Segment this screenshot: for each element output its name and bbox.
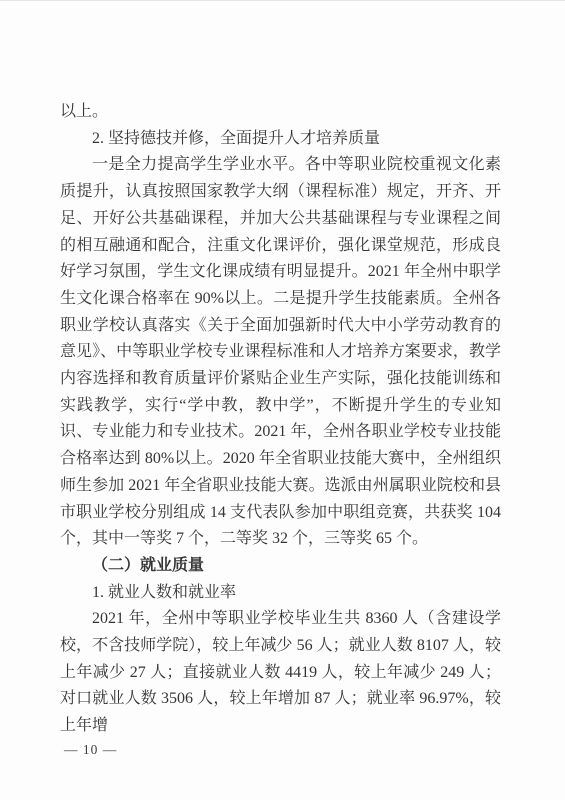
numbered-heading: 2. 坚持德技并修，全面提升人才培养质量 — [60, 126, 501, 153]
paragraph: 一是全力提高学生学业水平。各中等职业院校重视文化素质提升，认真按照国家教学大纲（… — [60, 152, 501, 553]
document-page: 以上。 2. 坚持德技并修，全面提升人才培养质量 一是全力提高学生学业水平。各中… — [0, 0, 565, 800]
subsection-heading: 1. 就业人数和就业率 — [60, 580, 501, 607]
page-number-footer: — 10 — — [64, 742, 117, 758]
document-body: 以上。 2. 坚持德技并修，全面提升人才培养质量 一是全力提高学生学业水平。各中… — [60, 99, 501, 740]
paragraph: 2021 年，全州中等职业学校毕业生共 8360 人（含建设学校，不含技师学院）… — [60, 606, 501, 740]
section-heading: （二）就业质量 — [60, 553, 501, 580]
paragraph-continuation: 以上。 — [60, 99, 501, 126]
